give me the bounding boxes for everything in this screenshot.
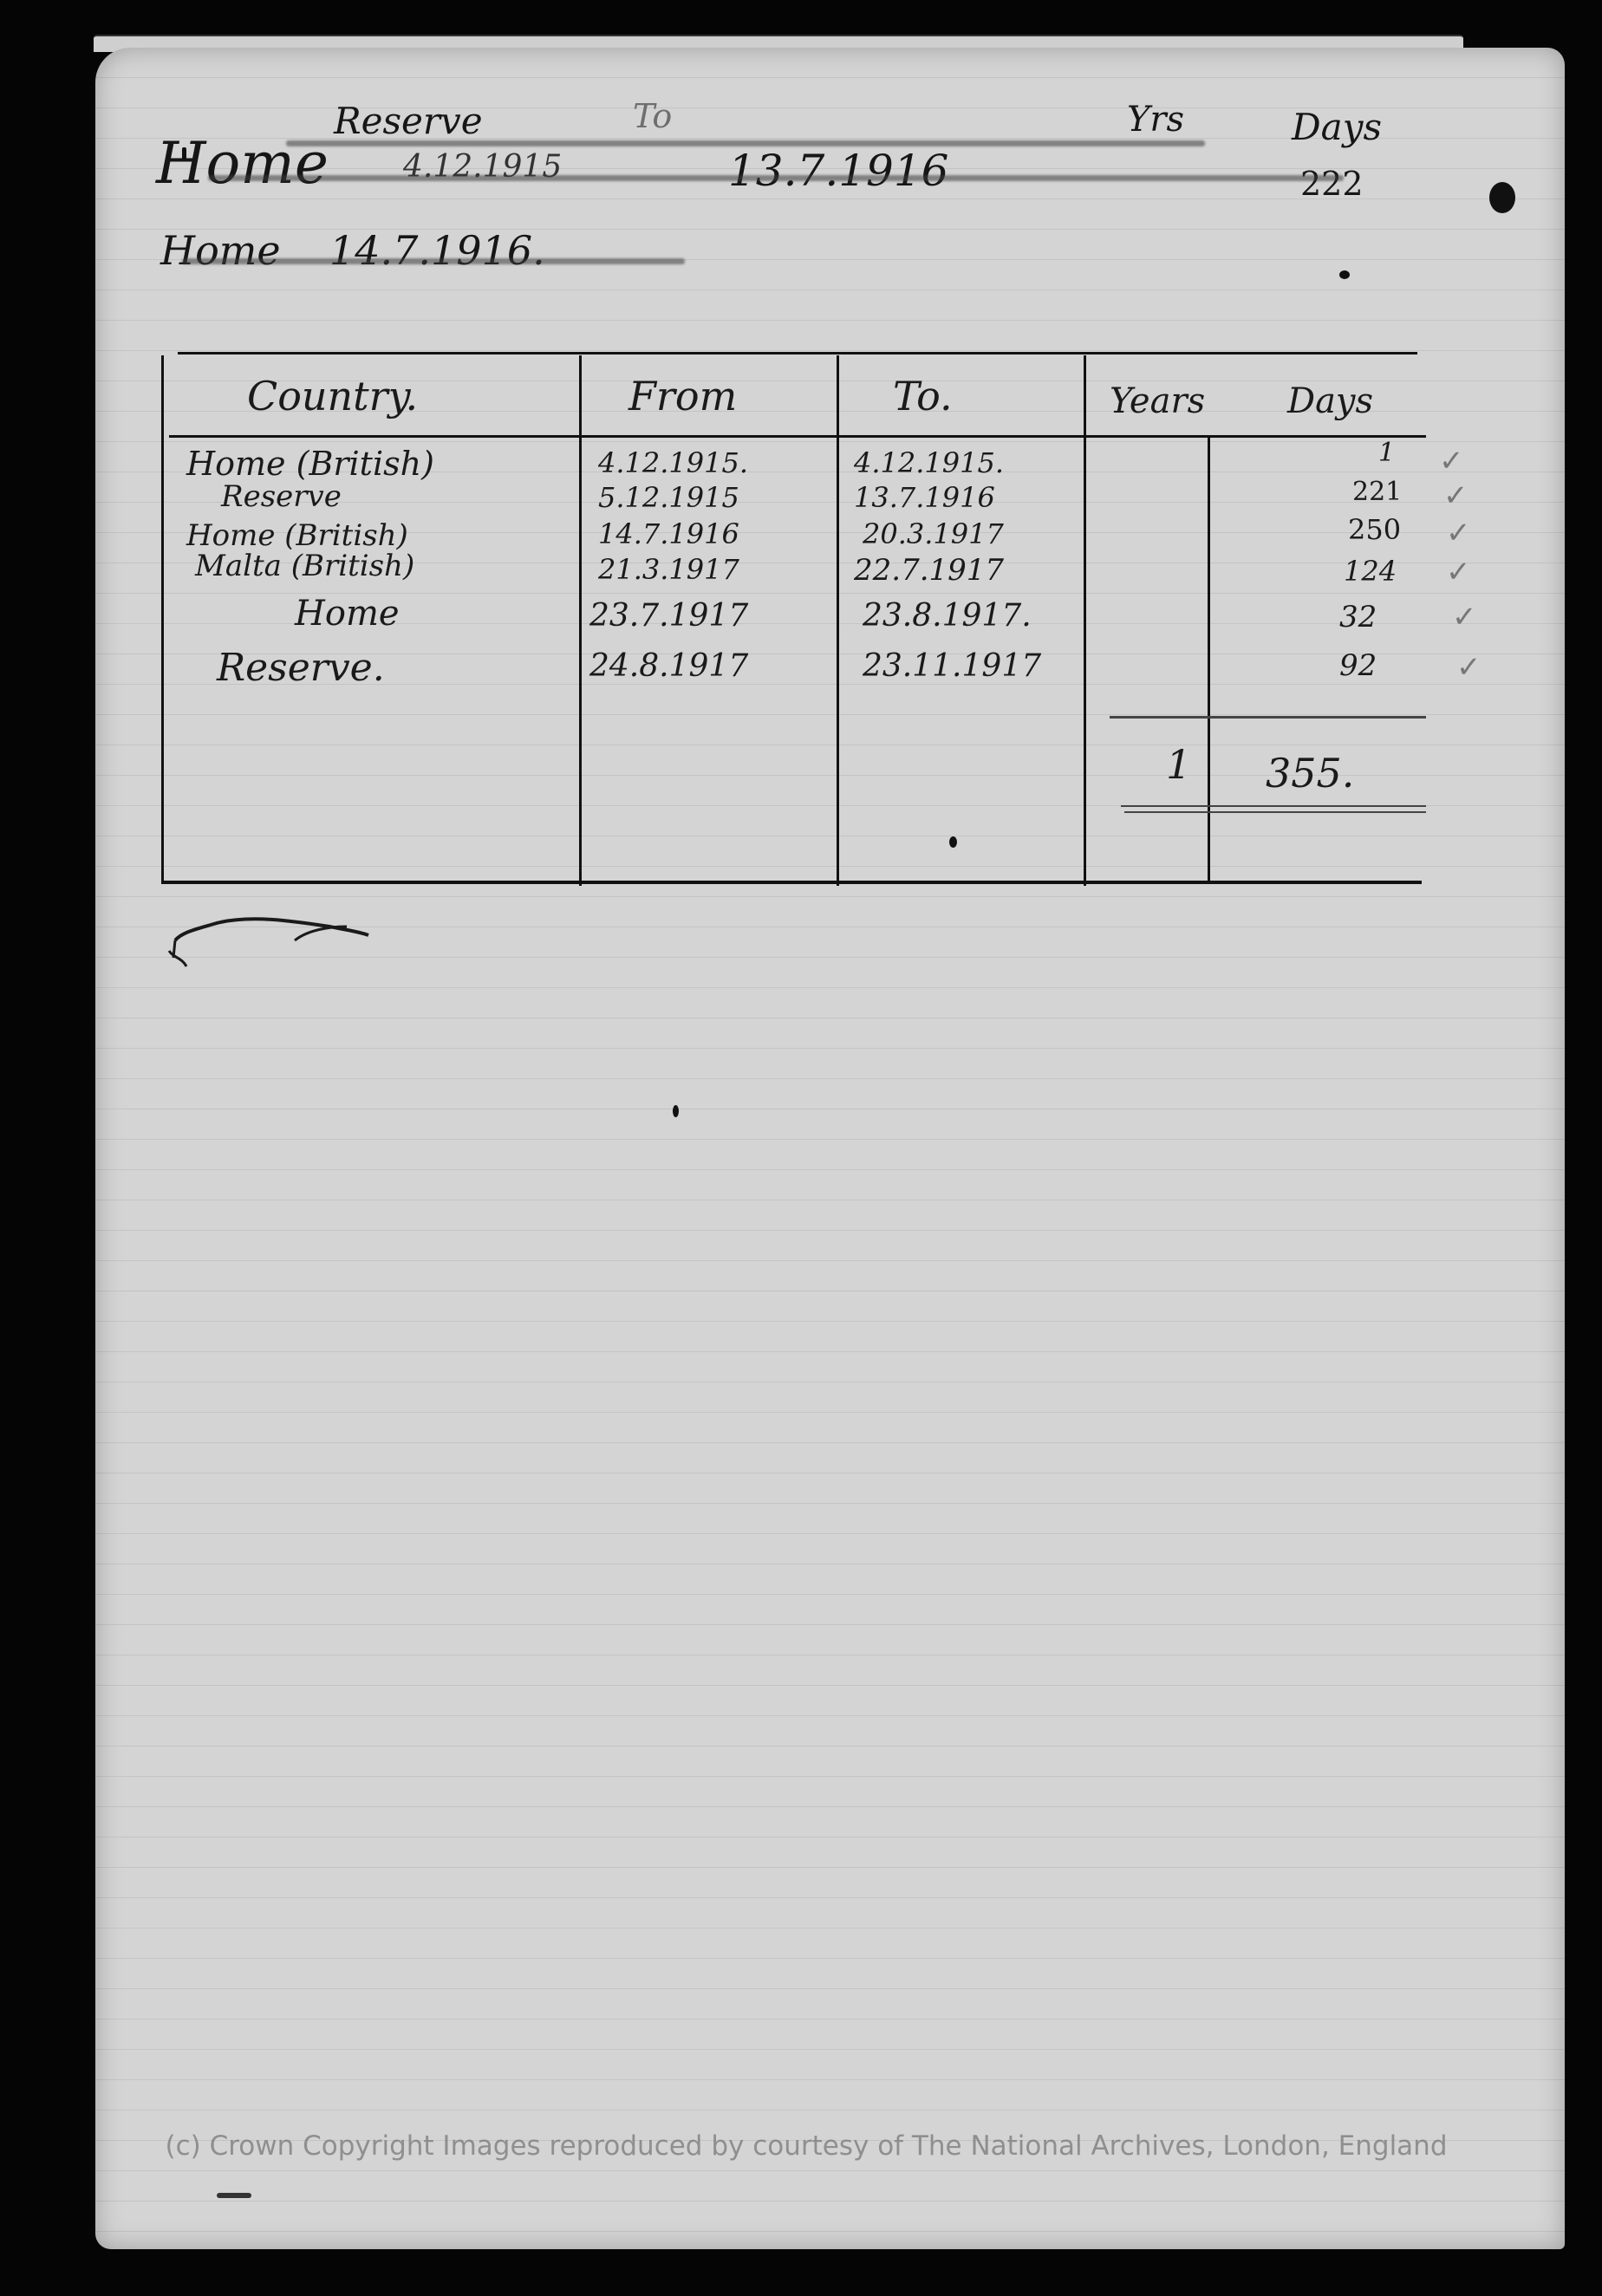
header-days-value: 222 <box>1300 165 1364 203</box>
cell-from: 23.7.1917 <box>589 598 748 634</box>
check-mark-icon: ✓ <box>1443 478 1468 513</box>
cell-from: 14.7.1916 <box>598 517 739 550</box>
column-divider <box>579 355 582 886</box>
cell-from: 21.3.1917 <box>598 553 739 586</box>
total-rule <box>1121 805 1426 807</box>
column-divider <box>837 355 839 886</box>
column-header-days: Days <box>1287 381 1373 421</box>
subtotal-rule <box>1110 716 1426 719</box>
header-location-struck: Home <box>160 227 281 274</box>
column-divider-years-days <box>1208 438 1210 884</box>
cell-days: 1 <box>1378 438 1395 468</box>
cell-to: 4.12.1915. <box>854 446 1004 479</box>
cell-country: Home <box>295 594 400 634</box>
ink-dot <box>949 836 957 848</box>
ink-blot <box>1339 270 1350 279</box>
table-bottom-rule <box>161 881 1422 884</box>
handwritten-scrawl-icon <box>165 914 373 975</box>
ink-dot <box>673 1105 679 1117</box>
cell-to: 20.3.1917 <box>863 517 1004 550</box>
column-header-years: Years <box>1110 381 1205 421</box>
header-to-date: 13.7.1916 <box>728 146 948 196</box>
table-left-border <box>161 355 164 882</box>
cell-to: 23.11.1917 <box>863 648 1041 684</box>
header-days-label: Days <box>1292 106 1382 148</box>
cell-days: 250 <box>1348 513 1401 546</box>
check-mark-icon: ✓ <box>1446 555 1471 589</box>
check-mark-icon: ✓ <box>1446 516 1471 550</box>
strike-through-line <box>182 258 685 264</box>
strike-through-line <box>208 175 1344 181</box>
table-header-rule <box>169 435 1426 438</box>
header-inserted-word: Reserve <box>334 100 483 142</box>
header-to-label: To <box>633 97 672 135</box>
cell-from: 4.12.1915. <box>598 446 748 479</box>
check-mark-icon: ✓ <box>1456 650 1482 685</box>
header-date-struck: 14.7.1916. <box>329 227 545 274</box>
cell-country: Reserve <box>221 479 342 514</box>
total-rule <box>1124 811 1426 813</box>
strike-through-line <box>286 140 1205 146</box>
cell-country: Malta (British) <box>195 549 414 583</box>
table-top-rule <box>178 352 1417 354</box>
cell-country: Reserve. <box>217 646 385 690</box>
check-mark-icon: ✓ <box>1452 600 1477 634</box>
check-mark-icon: ✓ <box>1439 444 1464 478</box>
cell-days: 32 <box>1339 600 1377 634</box>
ink-mark <box>217 2193 251 2198</box>
cell-to: 13.7.1916 <box>854 481 995 514</box>
cell-from: 24.8.1917 <box>589 648 748 684</box>
column-header-from: From <box>628 373 737 420</box>
cell-to: 23.8.1917. <box>863 598 1032 634</box>
cell-days: 124 <box>1344 555 1397 588</box>
cell-country: Home (British) <box>186 518 408 553</box>
ink-blot <box>1489 182 1515 213</box>
cell-country: Home (British) <box>186 445 434 483</box>
column-header-country: Country. <box>247 373 418 420</box>
column-header-to: To. <box>893 373 953 420</box>
cell-days: 92 <box>1339 648 1377 683</box>
copyright-watermark: (c) Crown Copyright Images reproduced by… <box>130 2130 1482 2162</box>
total-years: 1 <box>1166 741 1191 788</box>
header-years-label: Yrs <box>1127 100 1184 140</box>
total-days: 355. <box>1266 750 1354 797</box>
column-divider <box>1084 355 1086 886</box>
cell-days: 221 <box>1352 477 1402 507</box>
cell-from: 5.12.1915 <box>598 481 739 514</box>
cell-to: 22.7.1917 <box>854 553 1004 588</box>
ink-mark <box>182 147 186 159</box>
